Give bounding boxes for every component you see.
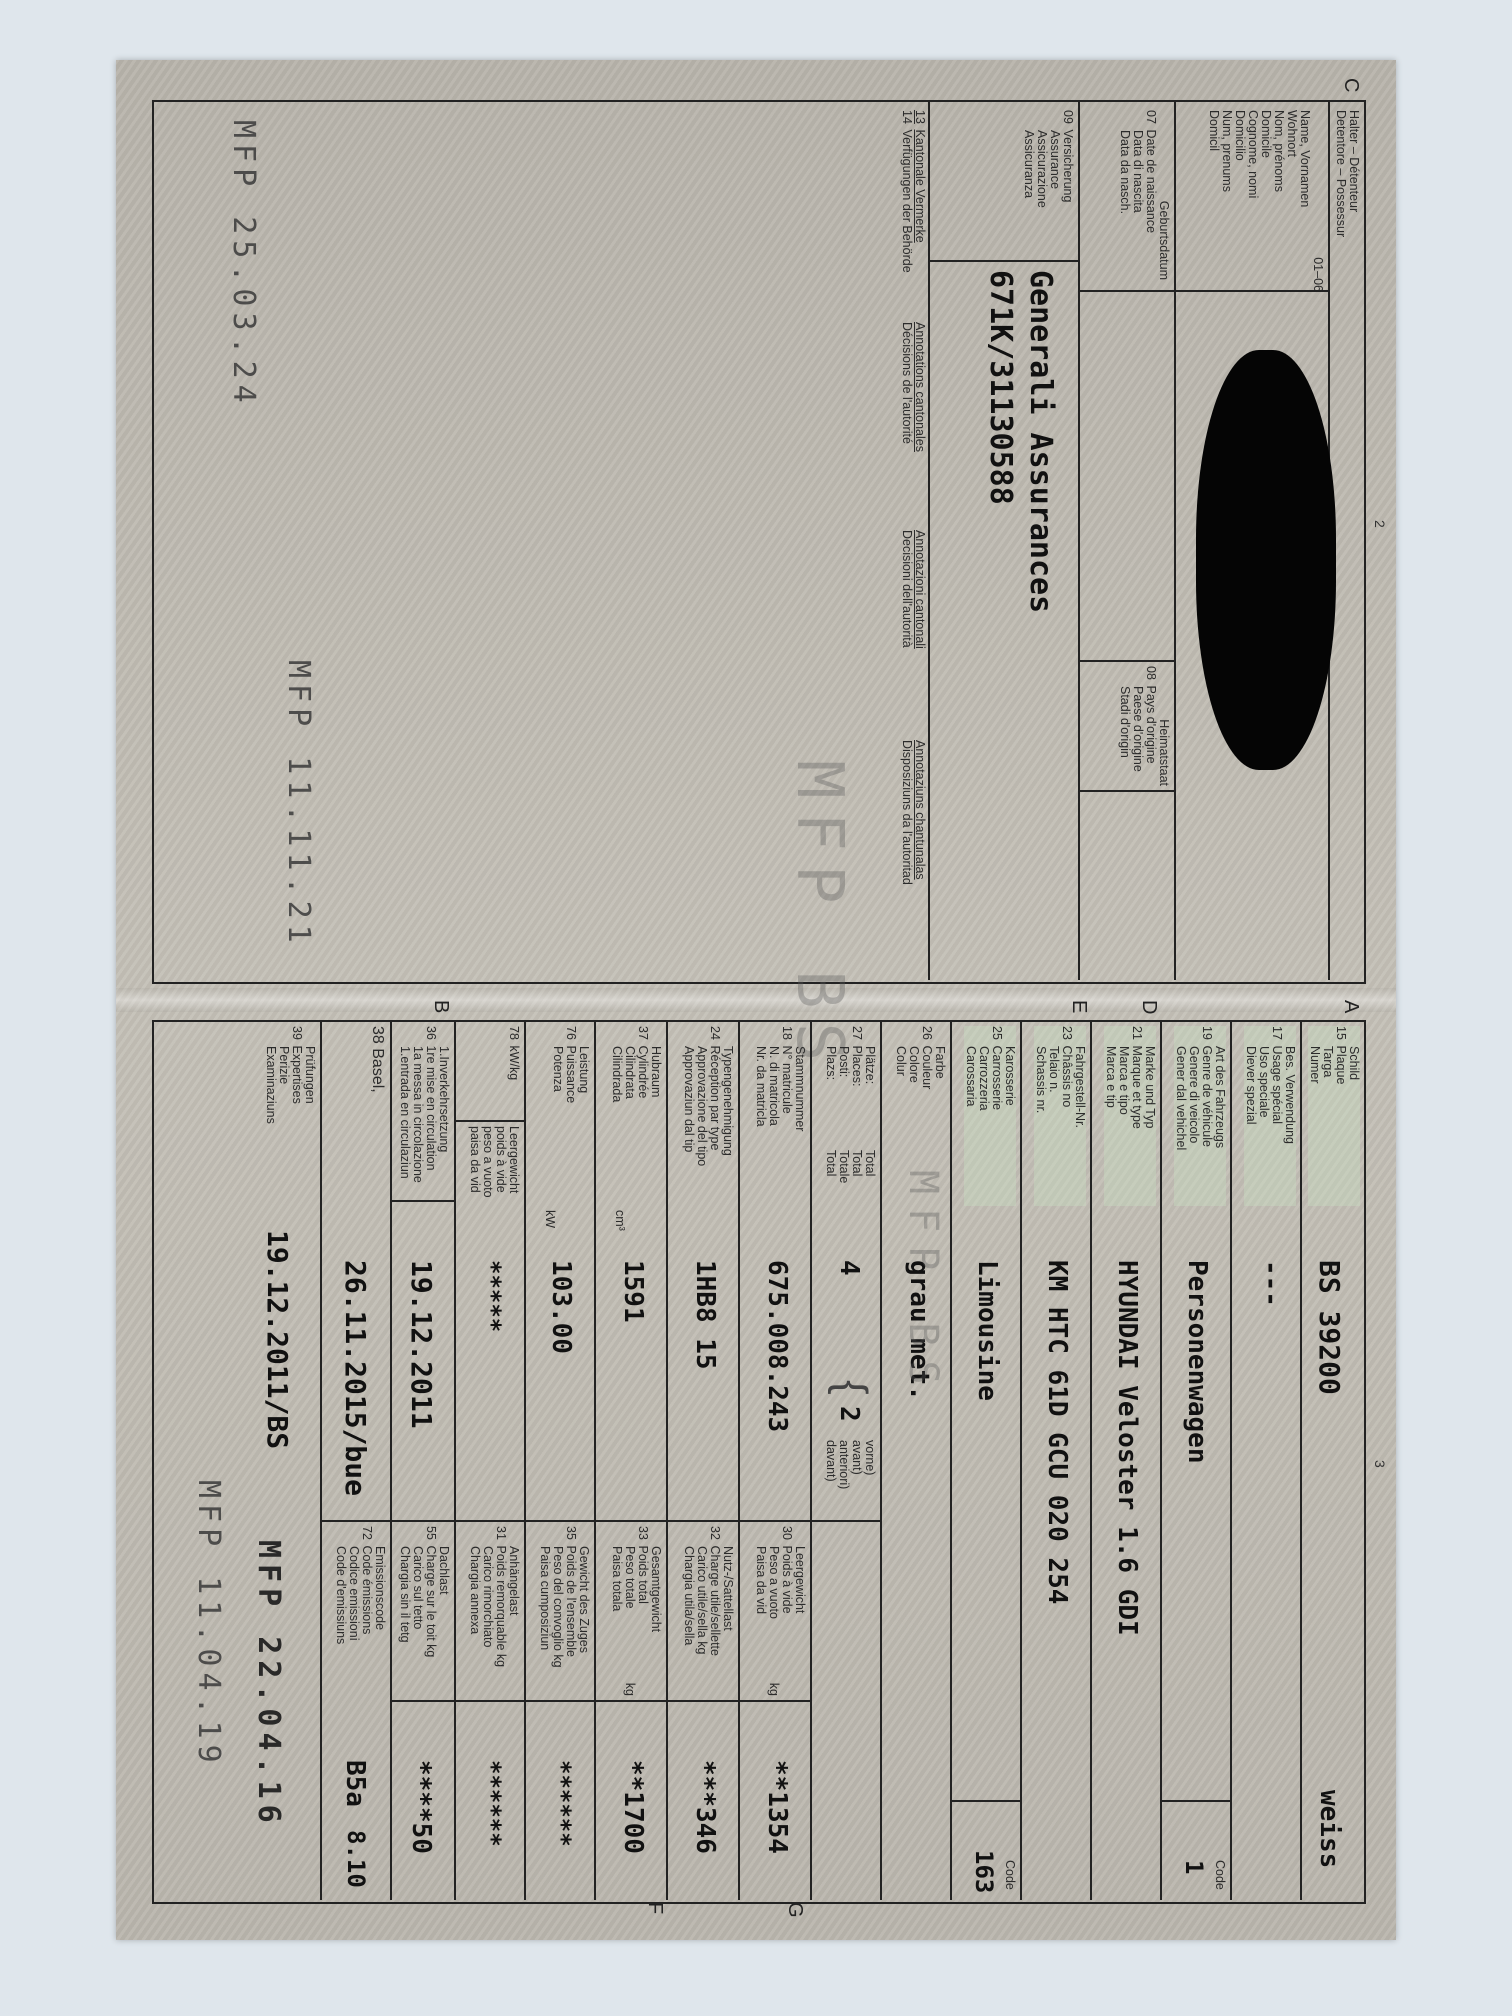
- divider: [594, 1520, 596, 1900]
- perforation-mark-right: MFP BS: [900, 1170, 946, 1399]
- divider: [928, 100, 930, 980]
- plate-number-value: BS 39200: [1313, 1260, 1346, 1395]
- seats-total-value: 4: [834, 1260, 864, 1276]
- payload-label: Nutz-/Sattellast 32 Charge utile/sellett…: [682, 1526, 734, 1696]
- vehicle-type-label: Art des Fahrzeugs 19 Genre de véhicule G…: [1174, 1026, 1226, 1206]
- type-approval-value: 1HB8 15: [690, 1260, 720, 1370]
- divider: [738, 1520, 740, 1900]
- power-unit: kW: [543, 1210, 556, 1228]
- chassis-label: Fahrgestell-Nr. 23 Châssis no Telaio n. …: [1034, 1026, 1086, 1206]
- issued-label: 38 Basel,: [371, 1026, 384, 1093]
- seats-front-value: 2: [834, 1406, 864, 1422]
- issued-value: 26.11.2015/bue: [339, 1260, 372, 1496]
- divider: [1160, 1020, 1162, 1900]
- divider: [1300, 1020, 1302, 1900]
- divider: [950, 1020, 952, 1900]
- section-letter-b: B: [429, 1000, 452, 1013]
- power-weight-label: 78 kW/kg: [507, 1026, 520, 1106]
- inspection-stamp-2021: MFP 11.11.21: [281, 660, 316, 949]
- displacement-label: Hubraum 37 Cylindrée Cilindrata Cilindra…: [610, 1026, 662, 1196]
- train-weight-label: Gewicht des Zuges 35 Poids de l'ensemble…: [538, 1526, 590, 1696]
- birth-date-label: Geburtsdatum 07 Date de naissance Data d…: [1118, 110, 1170, 280]
- holder-name-label: 01–06 Name, Vornamen Wohnort Nom, prénom…: [1207, 110, 1324, 300]
- divider: [1080, 790, 1176, 792]
- body-label: Karosserie 25 Carrosserie Carrozzeria Ca…: [964, 1026, 1016, 1206]
- roof-load-label: Dachlast 55 Charge sur le toit kg Carico…: [398, 1526, 450, 1696]
- vehicle-registration-document: 2 C Halter – Détenteur Detentore – Posse…: [116, 60, 1396, 1940]
- type-approval-label: Typengenehmigung 24 Réception par type A…: [682, 1026, 734, 1216]
- power-weight-sub-label: Leergewicht poids à vide peso a vuoto pa…: [468, 1126, 520, 1246]
- holder-header: Halter – Détenteur Detentore – Possessur: [1334, 110, 1360, 300]
- total-weight-value: **1700: [618, 1760, 648, 1854]
- divider: [326, 1520, 882, 1522]
- train-weight-value: ******: [548, 1760, 576, 1847]
- issued-page-code: 8.10: [342, 1830, 370, 1888]
- divider: [1090, 1020, 1092, 1900]
- insurance-value: Generali Assurances 671K/31130588: [980, 270, 1060, 613]
- divider: [456, 1120, 526, 1122]
- remarks-label-it: Annotazioni cantonali Decisioni dell'aut…: [900, 530, 926, 730]
- insurance-policy: 671K/31130588: [980, 270, 1020, 613]
- divider: [524, 1020, 526, 1520]
- remarks-label-de: 13 Kantonale Vermerke 14 Verfügungen der…: [900, 110, 926, 310]
- divider: [1174, 100, 1176, 980]
- divider: [952, 1800, 1022, 1802]
- empty-weight-label: Leergewicht 30 Poids à vide Peso a vuoto…: [754, 1526, 806, 1696]
- vehicle-type-code-value: 1: [1180, 1860, 1208, 1874]
- divider: [810, 1020, 812, 1900]
- divider: [1080, 660, 1176, 662]
- make-model-value: HYUNDAI Veloster 1.6 GDI: [1112, 1260, 1142, 1636]
- brace: {: [826, 1380, 876, 1395]
- power-label: Leistung 76 Puissance Potenza: [551, 1026, 590, 1196]
- section-letter-g: G: [783, 1902, 806, 1918]
- body-value: Limousine: [972, 1260, 1002, 1401]
- inspections-label: Prüfungen 39 Expertises Perizie Examinaz…: [264, 1026, 316, 1186]
- divider: [1020, 1020, 1022, 1900]
- emission-code-label: Emissionscode 72 Code émissions Codice e…: [334, 1526, 386, 1696]
- divider: [322, 1520, 392, 1522]
- divider: [1078, 100, 1080, 980]
- seats-label: Plätze: 27 Places: Posti: Plazs:: [824, 1026, 876, 1136]
- insurance-company: Generali Assurances: [1020, 270, 1060, 613]
- seats-front-label: vorne) avant) anteriori) davant): [824, 1440, 876, 1489]
- divider: [524, 1520, 526, 1900]
- power-weight-value: *****: [478, 1260, 506, 1332]
- emission-code-value: B5a: [340, 1760, 370, 1807]
- remarks-label-fr: Annotations cantonales Décisions de l'au…: [900, 322, 926, 522]
- divider: [930, 260, 1080, 262]
- section-letter-c: C: [1339, 78, 1362, 92]
- trailer-load-label: Anhängelast 31 Poids remorquable kg Cari…: [468, 1526, 520, 1696]
- trailer-load-value: ******: [478, 1760, 506, 1847]
- left-page-frame: [152, 100, 1366, 984]
- first-registration-value: 19.12.2011: [405, 1260, 438, 1429]
- divider: [454, 1520, 456, 1900]
- chassis-value: KM HTC 61D GCU 020 254: [1042, 1260, 1072, 1604]
- plate-label: Schild 15 Plaque Targa Numer: [1308, 1026, 1360, 1206]
- inspection-stamp-2019: MFP 11.04.19: [191, 1480, 226, 1769]
- inspection-stamp-2016: MFP 22.04.16: [251, 1540, 286, 1829]
- divider: [1080, 290, 1330, 292]
- section-letter-d: D: [1137, 1000, 1160, 1014]
- inspections-value: 19.12.2011/BS: [261, 1230, 294, 1449]
- divider: [594, 1020, 596, 1520]
- special-use-label: Bes. Verwendung 17 Usage spécial Uso spe…: [1244, 1026, 1296, 1206]
- remarks-label-rm: Annotaziuns chantunalas Disposiziuns da …: [900, 740, 926, 960]
- displacement-value: 1591: [618, 1260, 648, 1323]
- divider: [1162, 1800, 1232, 1802]
- divider: [390, 1020, 392, 1900]
- page-number-right: 3: [1372, 1460, 1388, 1468]
- matricule-label: Stammnummer 18 N° matricule N. di matric…: [754, 1026, 806, 1216]
- make-model-label: Marke und Typ 21 Marque et type Marca e …: [1104, 1026, 1156, 1206]
- empty-weight-value: **1354: [762, 1760, 792, 1854]
- power-value: 103.00: [546, 1260, 576, 1354]
- divider: [392, 1200, 456, 1202]
- page-number-left: 2: [1372, 520, 1388, 528]
- vehicle-type-code-label: Code: [1213, 1860, 1226, 1890]
- seats-total-label: Total Total Totale Total: [824, 1150, 876, 1210]
- first-registration-label: 1.Inverkehrsetzung 36 1re mise en circul…: [398, 1026, 450, 1216]
- divider: [880, 1020, 882, 1900]
- vehicle-type-value: Personenwagen: [1182, 1260, 1212, 1464]
- plate-color-value: weiss: [1314, 1790, 1344, 1868]
- divider: [320, 1020, 322, 1900]
- inspection-stamp-2024: MFP 25.03.24: [226, 120, 261, 409]
- insurance-label: 09 Versicherung Assurance Assicurazione …: [1022, 110, 1074, 270]
- special-use-value: ---: [1256, 1260, 1286, 1307]
- displacement-unit: cm³: [613, 1210, 626, 1231]
- origin-label: Heimatstaat 08 Pays d'origine Paese d'or…: [1118, 666, 1170, 786]
- section-letter-f: F: [643, 1902, 666, 1914]
- center-fold: [116, 988, 1396, 1012]
- redacted-holder-name: [1196, 350, 1336, 770]
- section-letter-e: E: [1067, 1000, 1090, 1013]
- divider: [666, 1020, 668, 1520]
- total-weight-label: Gesamtgewicht 33 Poids total Peso totale…: [610, 1526, 662, 1696]
- divider: [738, 1020, 740, 1520]
- payload-value: ***346: [690, 1760, 720, 1854]
- body-code-value: 163: [970, 1850, 998, 1893]
- body-code-label: Code: [1003, 1860, 1016, 1890]
- section-letter-a: A: [1339, 1000, 1362, 1013]
- matricule-value: 675.008.243: [762, 1260, 792, 1432]
- divider: [666, 1520, 668, 1900]
- divider: [1230, 1020, 1232, 1900]
- roof-load-value: ****50: [406, 1760, 436, 1854]
